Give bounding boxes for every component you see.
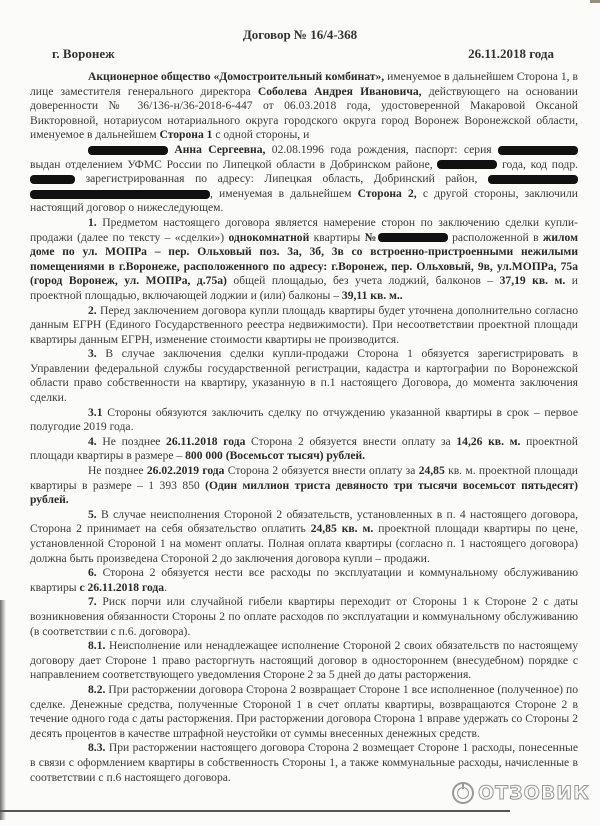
- text: общей площадью, без учета лоджий, балкон…: [227, 274, 500, 287]
- clause-4-second-payment: Не позднее 26.02.2019 года Сторона 2 обя…: [30, 464, 578, 508]
- redaction: [30, 175, 75, 184]
- text: , именуемая в дальнейшем: [210, 187, 358, 200]
- clause-number: 2.: [88, 304, 97, 317]
- clause-4: 4. Не позднее 26.11.2018 года Сторона 2 …: [30, 435, 578, 464]
- text: 24,85 кв. м.: [311, 522, 374, 535]
- text: Не позднее: [97, 435, 166, 448]
- text: с одной стороны, и: [212, 128, 309, 141]
- scan-shadow: [0, 600, 6, 820]
- text: 800 000 (Восемьсот тысяч) рублей.: [185, 449, 365, 462]
- text: .: [164, 581, 167, 594]
- text: Риск порчи или случайной гибели квартиры…: [30, 595, 578, 637]
- clause-7: 7. Риск порчи или случайной гибели кварт…: [30, 595, 578, 639]
- text: года, код подр.: [497, 158, 578, 171]
- clause-number: 5.: [88, 508, 97, 521]
- representative-name: Соболева Андрея Ивановича,: [258, 85, 422, 98]
- text: Не позднее: [88, 464, 147, 477]
- clause-number: 8.1.: [88, 639, 105, 652]
- preamble-party-2: Анна Сергеевна, 02.08.1996 года рождения…: [30, 143, 578, 216]
- text: В случае заключения сделки купли-продажи…: [30, 347, 578, 404]
- text: Сторона 2 обязуется внести оплату за: [245, 435, 456, 448]
- clause-number: 3.1: [88, 406, 103, 419]
- text: 39,11 кв. м..: [342, 289, 403, 302]
- buyer-name: Анна Сергеевна,: [168, 143, 265, 156]
- clause-number: 8.3.: [88, 741, 105, 754]
- watermark-text: ОТЗОВИК: [478, 782, 590, 804]
- text: Перед заключением договора купли площадь…: [30, 304, 578, 346]
- text: 26.02.2019 года: [147, 464, 225, 477]
- text: с 26.11.2018 года: [80, 581, 165, 594]
- clause-8-1: 8.1. Неисполнение или ненадлежащее испол…: [30, 639, 578, 683]
- text: Стороны обязуются заключить сделку по от…: [30, 406, 578, 434]
- power-icon: [452, 782, 474, 804]
- text: выдан отделением УФМС России по Липецкой…: [30, 158, 437, 171]
- text: квартиры: [309, 231, 364, 244]
- watermark-logo: ОТЗОВИК: [452, 782, 590, 804]
- clause-6: 6. Сторона 2 обязуется нести все расходы…: [30, 566, 578, 595]
- redaction: [437, 160, 497, 169]
- text: При расторжении настоящего договора Стор…: [30, 741, 578, 783]
- clause-2: 2. Перед заключением договора купли площ…: [30, 304, 578, 348]
- text: 26.11.2018 года: [166, 435, 245, 448]
- clause-5: 5. В случае неисполнения Стороной 2 обяз…: [30, 508, 578, 566]
- document-city: г. Воронеж: [52, 47, 115, 62]
- preamble-party-1: Акционерное общество «Домостроительный к…: [30, 70, 578, 143]
- text: 02.08.1996 года рождения, паспорт: серия: [265, 143, 498, 156]
- page-edge: [0, 810, 510, 812]
- party-1-label: Сторона 1: [159, 128, 212, 141]
- clause-number: 6.: [88, 566, 97, 579]
- text: 14,26 кв. м.: [456, 435, 520, 448]
- document-body: Акционерное общество «Домостроительный к…: [30, 70, 578, 785]
- text: 37,19 кв. м.: [500, 274, 566, 287]
- company-name: Акционерное общество «Домостроительный к…: [88, 70, 384, 83]
- redaction: [30, 190, 210, 199]
- document-title: Договор № 16/4-368: [30, 28, 570, 43]
- text: Неисполнение или ненадлежащее исполнение…: [30, 639, 578, 681]
- clause-number: 4.: [88, 435, 97, 448]
- text: При расторжении договора Сторона 2 возвр…: [30, 683, 578, 740]
- text: 24,85: [419, 464, 445, 477]
- clause-number: 7.: [88, 595, 97, 608]
- text: однокомнатной: [228, 231, 309, 244]
- clause-8-2: 8.2. При расторжении договора Сторона 2 …: [30, 683, 578, 741]
- scan-edge: [590, 0, 600, 3]
- redaction: [88, 146, 168, 155]
- party-2-label: Сторона 2,: [358, 187, 417, 200]
- text: зарегистрированная по адресу: Липецкая о…: [75, 172, 488, 185]
- redaction: [498, 146, 578, 155]
- document-date: 26.11.2018 года: [468, 47, 554, 62]
- redaction: [378, 233, 448, 242]
- clause-3-1: 3.1 Стороны обязуются заключить сделку п…: [30, 406, 578, 435]
- clause-number: 1.: [88, 216, 97, 229]
- redaction: [488, 175, 578, 184]
- clause-number: 8.2.: [88, 683, 105, 696]
- clause-8-3: 8.3. При расторжении настоящего договора…: [30, 741, 578, 785]
- clause-1: 1. Предметом настоящего договора являетс…: [30, 216, 578, 304]
- clause-3: 3. В случае заключения сделки купли-прод…: [30, 347, 578, 405]
- text: расположенной в: [448, 231, 543, 244]
- text: №: [365, 231, 378, 244]
- clause-number: 3.: [88, 347, 97, 360]
- text: Сторона 2 обязуется внести оплату за: [224, 464, 418, 477]
